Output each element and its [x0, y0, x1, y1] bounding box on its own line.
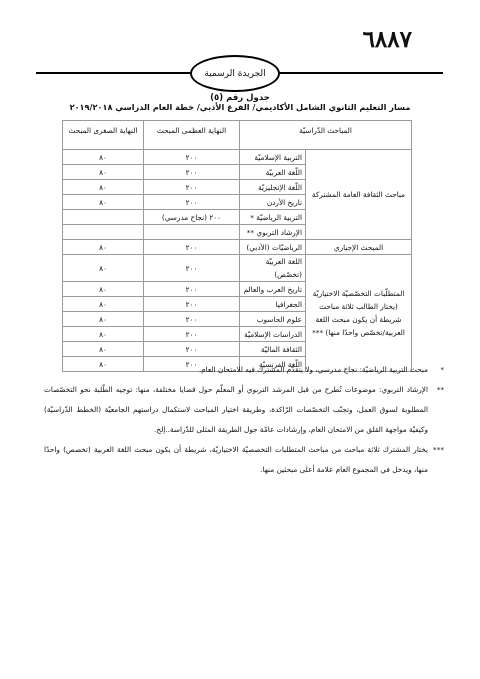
min-cell: ٨٠ — [63, 240, 144, 255]
page-number: ٦٨٨٧ — [363, 26, 412, 53]
max-cell: ٢٠٠ — [144, 180, 240, 195]
subject-cell: التربية الرياضيّة * — [240, 210, 306, 225]
max-cell: ٢٠٠ (نجاح مدرسي) — [144, 210, 240, 225]
subject-cell: الدراسات الإسلاميّة — [240, 327, 306, 342]
header-min: النهاية الصغرى المبحث — [63, 121, 144, 150]
subject-cell: تاريخ العرب والعالم — [240, 282, 306, 297]
table-row: المبحث الإجباري الرياضيّات (الأدبي) ٢٠٠ … — [63, 240, 412, 255]
table-row: المتطلّبات التخصّصيّة الاختياريّة (يختار… — [63, 255, 412, 282]
max-cell: ٢٠٠ — [144, 165, 240, 180]
max-cell: ٢٠٠ — [144, 150, 240, 165]
min-cell — [63, 210, 144, 225]
gazette-name-oval: الجريدة الرسمية — [190, 55, 280, 92]
max-cell: ٢٠٠ — [144, 240, 240, 255]
max-cell: ٢٠٠ — [144, 342, 240, 357]
table-subtitle: مسار التعليم الثانوي الشامل الأكاديمي/ ا… — [0, 102, 480, 112]
min-cell: ٨٠ — [63, 312, 144, 327]
group-mandatory: المبحث الإجباري — [306, 240, 412, 255]
min-cell: ٨٠ — [63, 150, 144, 165]
subject-cell: اللّغة العربيّة — [240, 165, 306, 180]
footnote-text: يختار المشترك ثلاثة مباحث من مباحث المتط… — [44, 445, 428, 474]
subject-cell: اللّغة الإنجليزيّة — [240, 180, 306, 195]
max-cell: ٢٠٠ — [144, 312, 240, 327]
footnote-text: مبحث التربية الرياضيّة: نجاح مدرسي، ولا … — [199, 365, 428, 374]
min-cell: ٨٠ — [63, 327, 144, 342]
group-elective-specialized: المتطلّبات التخصّصيّة الاختياريّة (يختار… — [306, 255, 412, 372]
footnote-guidance: ** الإرشاد التربوي: موضوعات تُطرح من قبل… — [44, 380, 444, 440]
min-cell: ٨٠ — [63, 255, 144, 282]
table-row: مباحث الثقافة العامة المشتركة التربية ال… — [63, 150, 412, 165]
max-cell: ٢٠٠ — [144, 255, 240, 282]
max-cell: ٢٠٠ — [144, 327, 240, 342]
min-cell: ٨٠ — [63, 297, 144, 312]
subject-cell: علوم الحاسوب — [240, 312, 306, 327]
header-max: النهاية العظمى المبحث — [144, 121, 240, 150]
header-subjects: المباحث الدّراسيّة — [240, 121, 412, 150]
subject-cell: اللغة العربيّة (تخصّص) — [240, 255, 306, 282]
footnote-physical-education: * مبحث التربية الرياضيّة: نجاح مدرسي، ول… — [44, 360, 444, 380]
max-cell: ٢٠٠ — [144, 195, 240, 210]
footnotes: * مبحث التربية الرياضيّة: نجاح مدرسي، ول… — [44, 360, 444, 480]
min-cell: ٨٠ — [63, 282, 144, 297]
footnote-electives: *** يختار المشترك ثلاثة مباحث من مباحث ا… — [44, 440, 444, 480]
subject-cell: التربية الإسلاميّة — [240, 150, 306, 165]
max-cell — [144, 225, 240, 240]
min-cell — [63, 225, 144, 240]
min-cell: ٨٠ — [63, 195, 144, 210]
group-common-culture: مباحث الثقافة العامة المشتركة — [306, 150, 412, 240]
subject-cell: الإرشاد التربوي ** — [240, 225, 306, 240]
max-cell: ٢٠٠ — [144, 282, 240, 297]
min-cell: ٨٠ — [63, 342, 144, 357]
subject-cell: الرياضيّات (الأدبي) — [240, 240, 306, 255]
subject-cell: الجغرافيا — [240, 297, 306, 312]
study-plan-table: المباحث الدّراسيّة النهاية العظمى المبحث… — [62, 120, 412, 372]
table-header-row: المباحث الدّراسيّة النهاية العظمى المبحث… — [63, 121, 412, 150]
subject-cell: تاريخ الأردن — [240, 195, 306, 210]
footnote-text: الإرشاد التربوي: موضوعات تُطرح من قبل ال… — [44, 385, 428, 434]
max-cell: ٢٠٠ — [144, 297, 240, 312]
footnote-mark: *** — [433, 440, 444, 460]
min-cell: ٨٠ — [63, 180, 144, 195]
gazette-name: الجريدة الرسمية — [204, 69, 265, 79]
footnote-mark: ** — [437, 380, 444, 400]
subject-cell: الثقافة الماليّة — [240, 342, 306, 357]
footnote-mark: * — [440, 360, 444, 380]
min-cell: ٨٠ — [63, 165, 144, 180]
